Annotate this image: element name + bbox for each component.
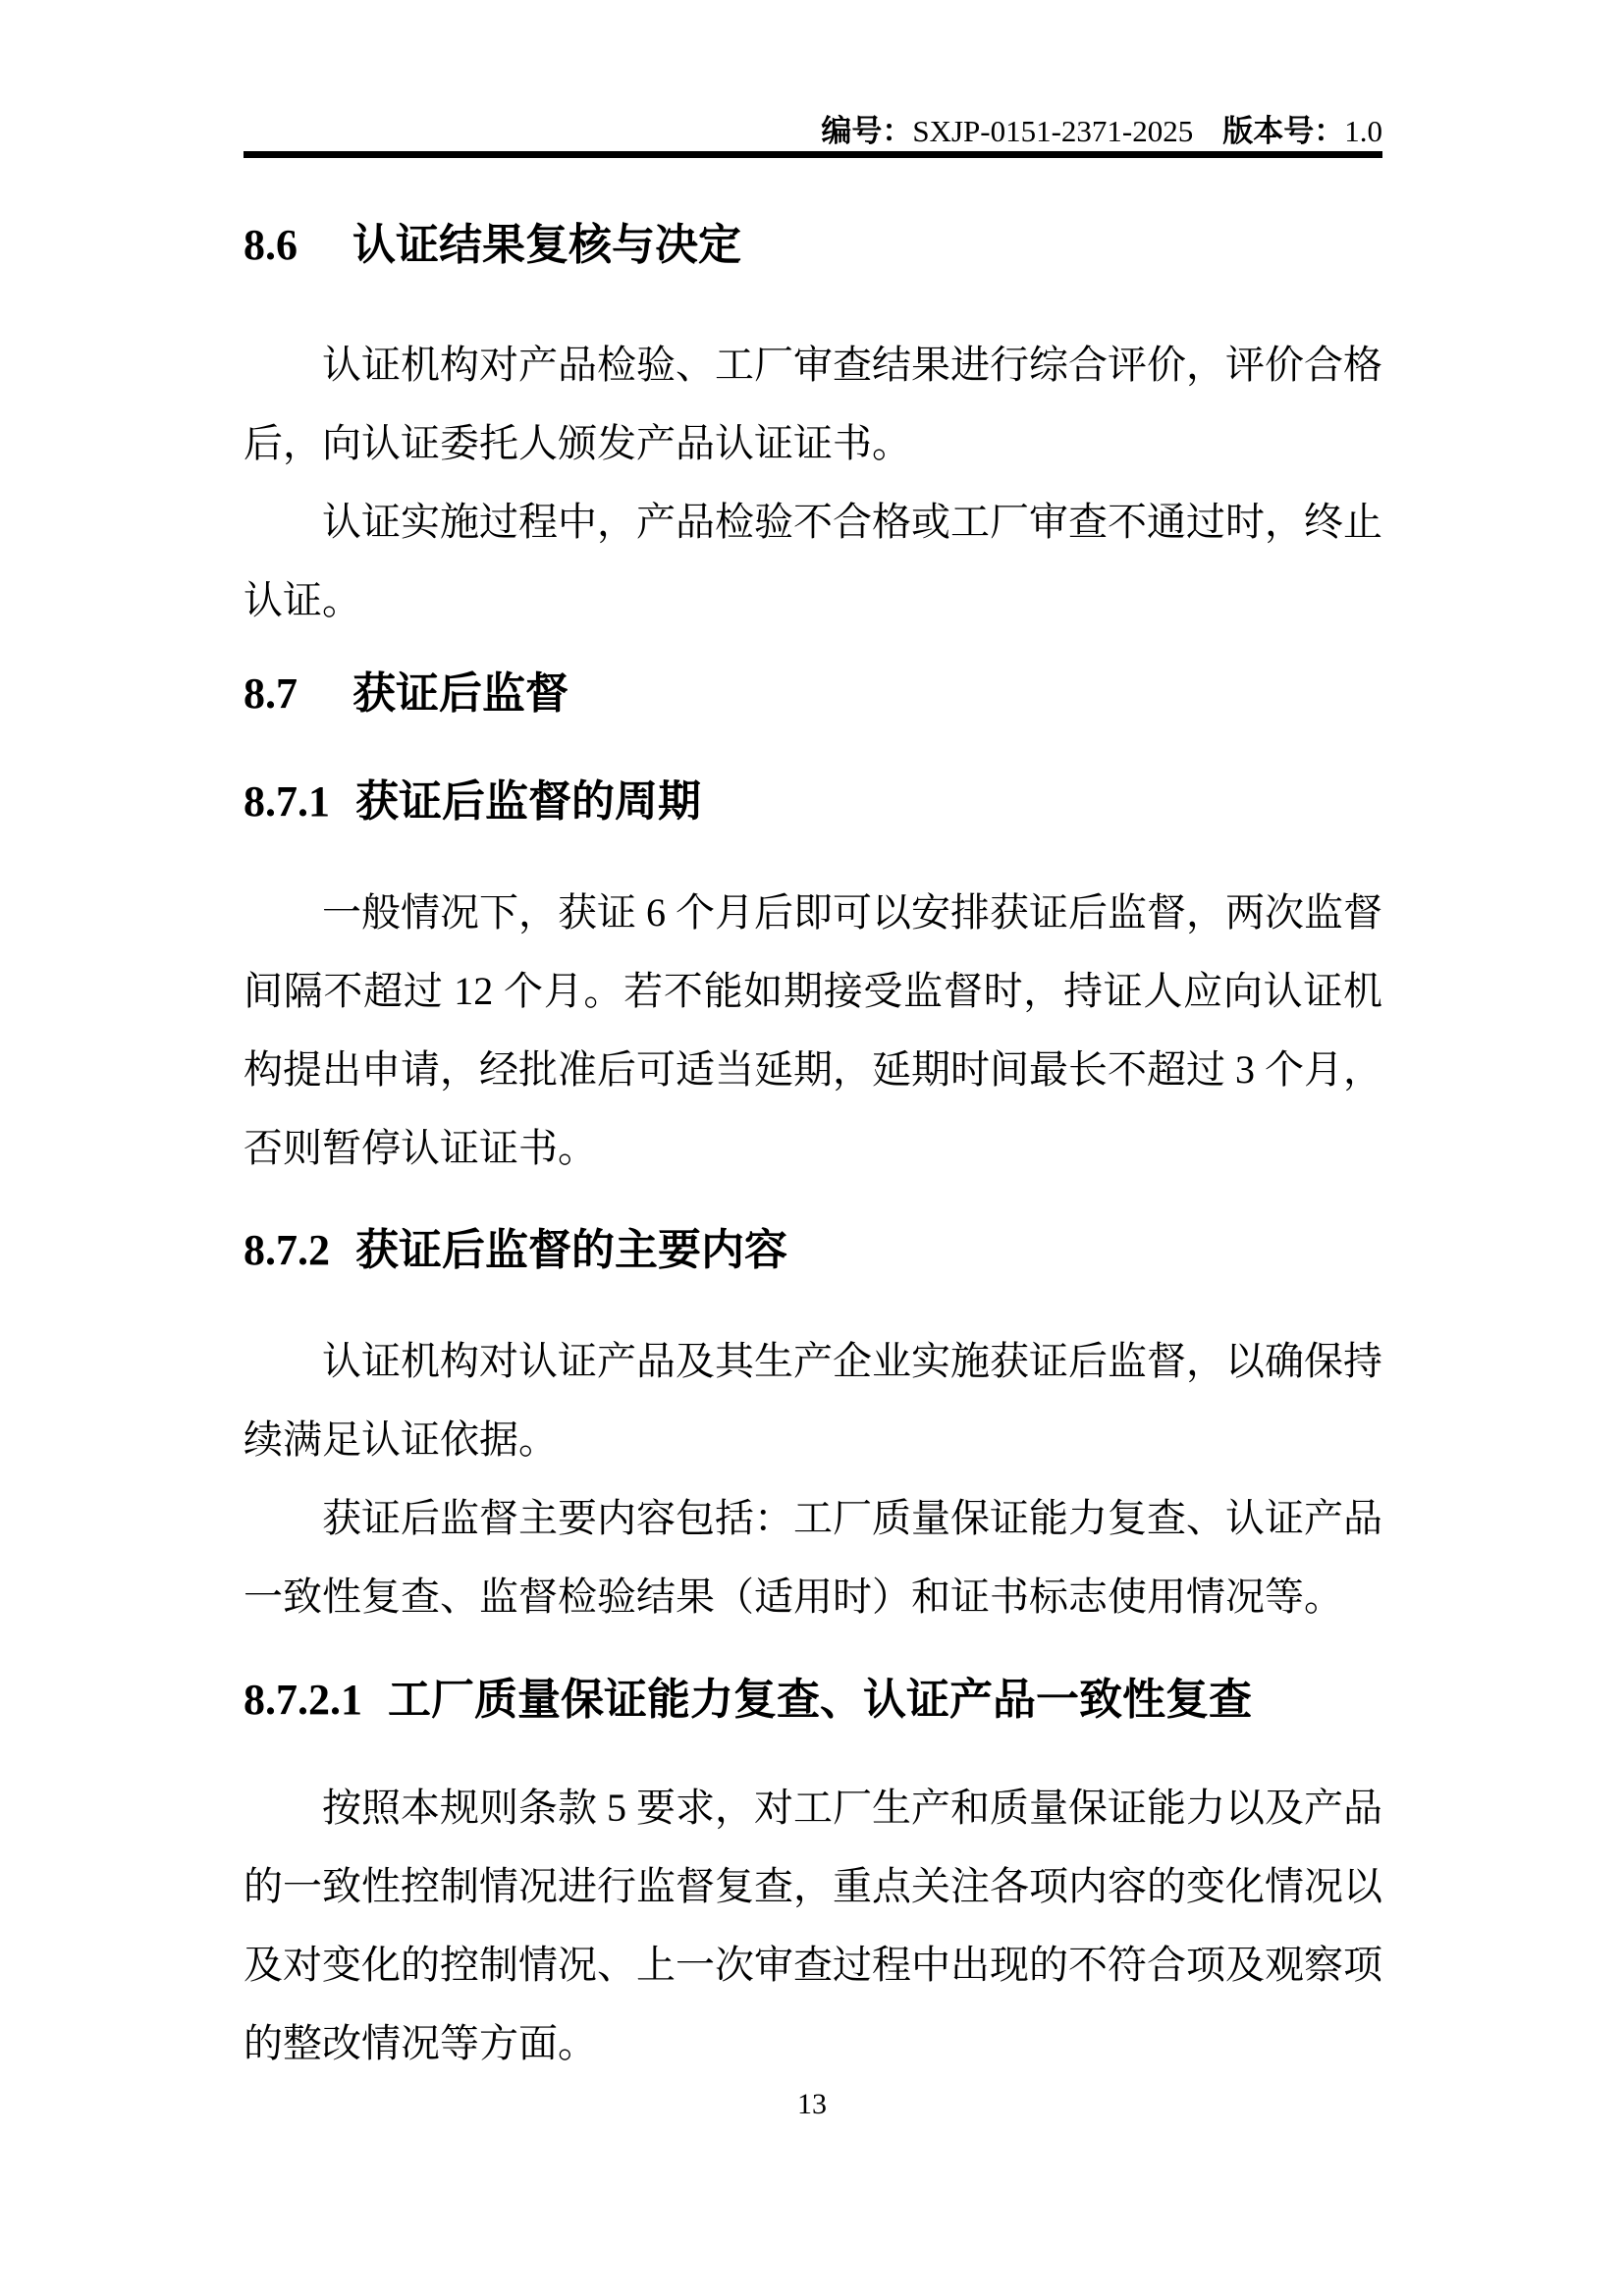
paragraph: 获证后监督主要内容包括：工厂质量保证能力复查、认证产品一致性复查、监督检验结果（… [244,1479,1382,1636]
heading-title: 获证后监督的主要内容 [355,1226,787,1274]
paragraph: 认证机构对认证产品及其生产企业实施获证后监督，以确保持续满足认证依据。 [244,1322,1382,1479]
section-heading-8-6: 8.6认证结果复核与决定 [244,206,1382,285]
heading-number: 8.7.2.1 [244,1676,362,1724]
paragraph: 按照本规则条款 5 要求，对工厂生产和质量保证能力以及产品的一致性控制情况进行监… [244,1769,1382,2083]
heading-title: 获证后监督 [352,669,568,718]
section-heading-8-7-1: 8.7.1获证后监督的周期 [244,763,1382,841]
heading-number: 8.6 [244,221,298,269]
section-heading-8-7: 8.7获证后监督 [244,655,1382,733]
header-divider [244,151,1382,158]
document-body: 8.6认证结果复核与决定 认证机构对产品检验、工厂审查结果进行综合评价，评价合格… [244,159,1382,2083]
section-heading-8-7-2-1: 8.7.2.1工厂质量保证能力复查、认证产品一致性复查 [244,1661,1382,1739]
doc-code-value: SXJP-0151-2371-2025 [912,114,1193,148]
doc-code-label: 编号： [821,114,912,148]
page-header: 编号：SXJP-0151-2371-2025版本号：1.0 [244,114,1382,149]
version-label: 版本号： [1222,114,1344,148]
heading-number: 8.7.1 [244,777,330,826]
heading-title: 获证后监督的周期 [355,777,701,826]
paragraph: 认证机构对产品检验、工厂审查结果进行综合评价，评价合格后，向认证委托人颁发产品认… [244,326,1382,483]
document-page: 编号：SXJP-0151-2371-2025版本号：1.0 8.6认证结果复核与… [0,0,1624,2296]
page-number: 13 [0,2087,1624,2122]
version-value: 1.0 [1344,114,1382,148]
heading-title: 认证结果复核与决定 [352,221,741,269]
section-heading-8-7-2: 8.7.2获证后监督的主要内容 [244,1211,1382,1290]
heading-number: 8.7.2 [244,1226,330,1274]
heading-title: 工厂质量保证能力复查、认证产品一致性复查 [388,1676,1252,1724]
heading-number: 8.7 [244,669,298,718]
paragraph: 认证实施过程中，产品检验不合格或工厂审查不通过时，终止认证。 [244,483,1382,640]
paragraph: 一般情况下，获证 6 个月后即可以安排获证后监督，两次监督间隔不超过 12 个月… [244,874,1382,1188]
